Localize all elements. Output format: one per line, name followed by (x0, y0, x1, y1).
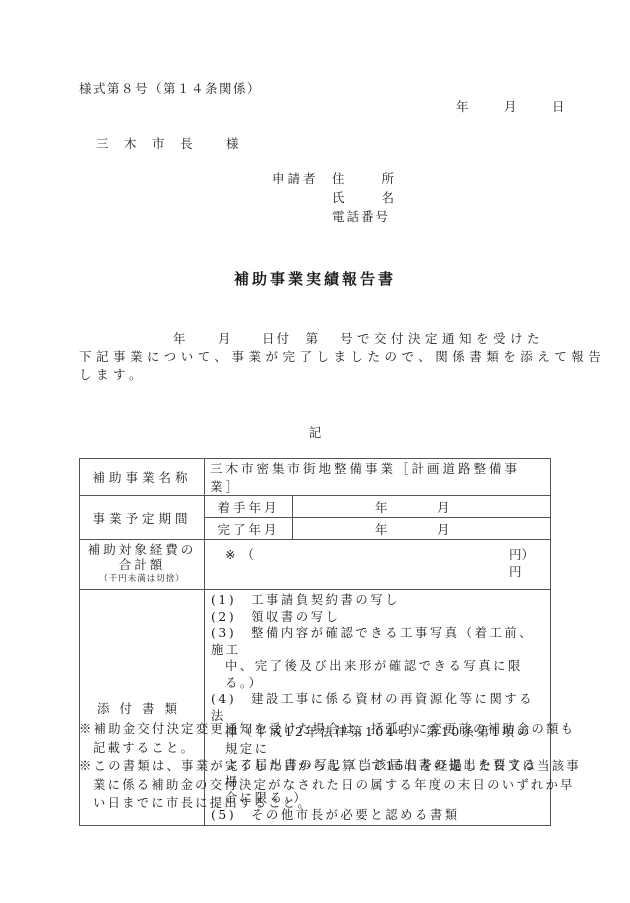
date-month: 月 (504, 97, 552, 115)
note-2: ※この書類は、事業が完了した日から起算して15日を経過した日又は当該事 (79, 757, 581, 776)
addressee-char: 長 (180, 134, 226, 152)
cost-yen: 円 (509, 562, 522, 580)
ki-heading: 記 (0, 423, 630, 441)
table-row-cost: 補助対象経費の 合計額 （千円未満は切捨） ※（ 円） 円 (80, 540, 551, 590)
cost-prev-suffix: 円） (509, 545, 534, 563)
addressee-char: 三 (96, 134, 124, 152)
note-1-cont: 記載すること。 (79, 739, 581, 758)
table-row-start: 事業予定期間 着手年月 年月 (80, 496, 551, 518)
addressee-honorific: 様 (226, 134, 239, 152)
table-row-project-name: 補助事業名称 三木市密集市街地整備事業［計画道路整備事業］ (80, 459, 551, 496)
attachment-item-cont: 中、完了後及び出来形が確認できる写真に限る。） (211, 658, 544, 691)
body-line-3: します。 (79, 366, 605, 384)
addressee: 三木市長様 (96, 134, 239, 152)
cost-prev-prefix: ※（ (225, 545, 260, 563)
notes: ※補助金交付決定変更通知を受けた場合は、括弧内に変更前の補助金の額も 記載するこ… (79, 720, 581, 813)
note-2-cont: い日までに市長に提出すること。 (79, 794, 581, 813)
attachment-item: (1) 工事請負契約書の写し (211, 592, 544, 609)
period-label: 事業予定期間 (80, 496, 205, 540)
start-label: 着手年月 (205, 496, 293, 518)
submission-date: 年月日 (456, 97, 565, 115)
note-2-cont: 業に係る補助金の交付決定がなされた日の属する年度の末日のいずれか早 (79, 776, 581, 795)
report-body: 年月日付 第号で交付決定通知を受けた 下記事業について、事業が完了しましたので、… (79, 330, 605, 384)
body-line-2: 下記事業について、事業が完了しましたので、関係書類を添えて報告 (79, 348, 605, 366)
date-year: 年 (456, 97, 504, 115)
applicant-label: 申請者 (272, 169, 319, 189)
project-name-value: 三木市密集市街地整備事業［計画道路整備事業］ (205, 459, 551, 496)
address-field[interactable]: 住所 (332, 169, 394, 188)
end-date-field[interactable]: 年月 (293, 518, 551, 540)
addressee-char: 市 (152, 134, 180, 152)
name-field[interactable]: 氏名 (332, 188, 394, 207)
attachment-item: (2) 領収書の写し (211, 609, 544, 626)
end-label: 完了年月 (205, 518, 293, 540)
project-name-label: 補助事業名称 (80, 459, 205, 496)
phone-field[interactable]: 電話番号 (332, 207, 394, 226)
cost-field[interactable]: ※（ 円） 円 (205, 540, 551, 590)
form-id: 様式第８号（第１４条関係） (79, 79, 261, 97)
page-title: 補助事業実績報告書 (0, 268, 630, 289)
cost-label: 補助対象経費の 合計額 （千円未満は切捨） (80, 540, 205, 590)
start-date-field[interactable]: 年月 (293, 496, 551, 518)
date-day: 日 (552, 97, 565, 115)
body-line-1: 年月日付 第号で交付決定通知を受けた (79, 330, 605, 348)
note-1: ※補助金交付決定変更通知を受けた場合は、括弧内に変更前の補助金の額も (79, 720, 581, 739)
attachment-item: (3) 整備内容が確認できる工事写真（着工前、施工 (211, 625, 544, 658)
addressee-char: 木 (124, 134, 152, 152)
